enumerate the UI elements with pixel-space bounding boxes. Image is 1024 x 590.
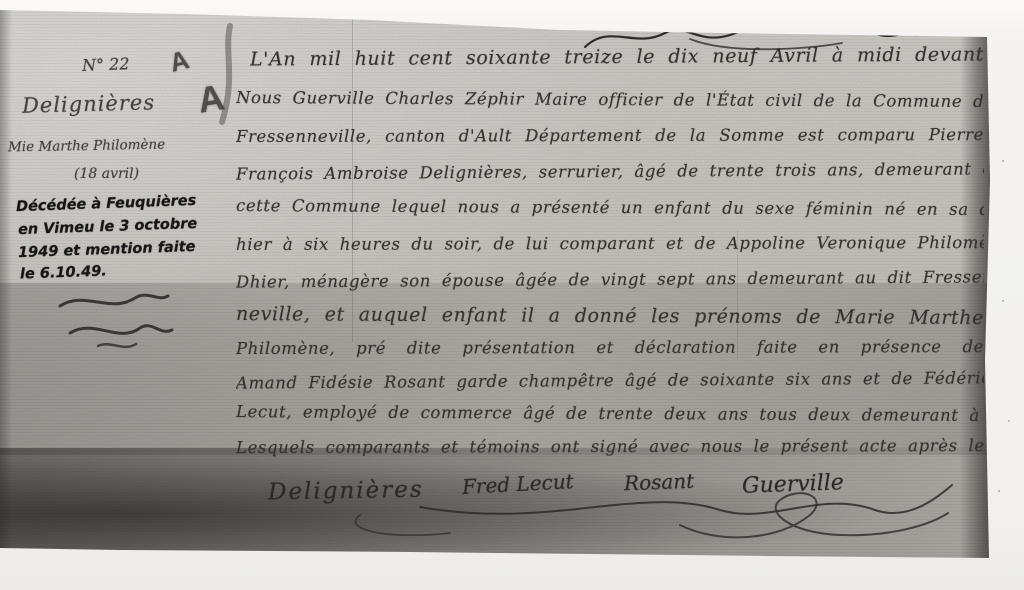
act-text-line: cette Commune lequel nous a présenté un … — [236, 196, 984, 219]
margin-act-number: N° 22 — [82, 54, 130, 75]
paper-scan: N° 22 A A Delignières Mie Marthe Philomè… — [0, 0, 1024, 590]
margin-note-signature-scribble — [40, 288, 190, 358]
paper-speckles — [1002, 160, 1004, 162]
stamp-smudge — [214, 22, 244, 132]
act-text-line: Fressenneville, canton d'Ault Départemen… — [236, 125, 984, 146]
act-text-line: Nous Guerville Charles Zéphir Maire offi… — [236, 88, 984, 111]
margin-given-names: Mie Marthe Philomène — [8, 137, 165, 156]
margin-date-note: (18 avril) — [74, 166, 139, 182]
act-text-line: Lecut, employé de commerce âgé de trente… — [236, 402, 984, 425]
act-text-line: Philomène, pré dite présentation et décl… — [236, 337, 984, 358]
act-text-line: neville, et auquel enfant il a donné les… — [236, 303, 984, 329]
scanned-register-page: N° 22 A A Delignières Mie Marthe Philomè… — [0, 0, 1024, 590]
margin-surname: Delignières — [22, 90, 156, 117]
signature-flourish — [300, 455, 960, 545]
act-text-line: hier à six heures du soir, de lui compar… — [236, 233, 984, 254]
margin-death-note-line: le 6.10.49. — [20, 263, 107, 282]
act-text-line: Lesquels comparants et témoins ont signé… — [236, 436, 984, 457]
